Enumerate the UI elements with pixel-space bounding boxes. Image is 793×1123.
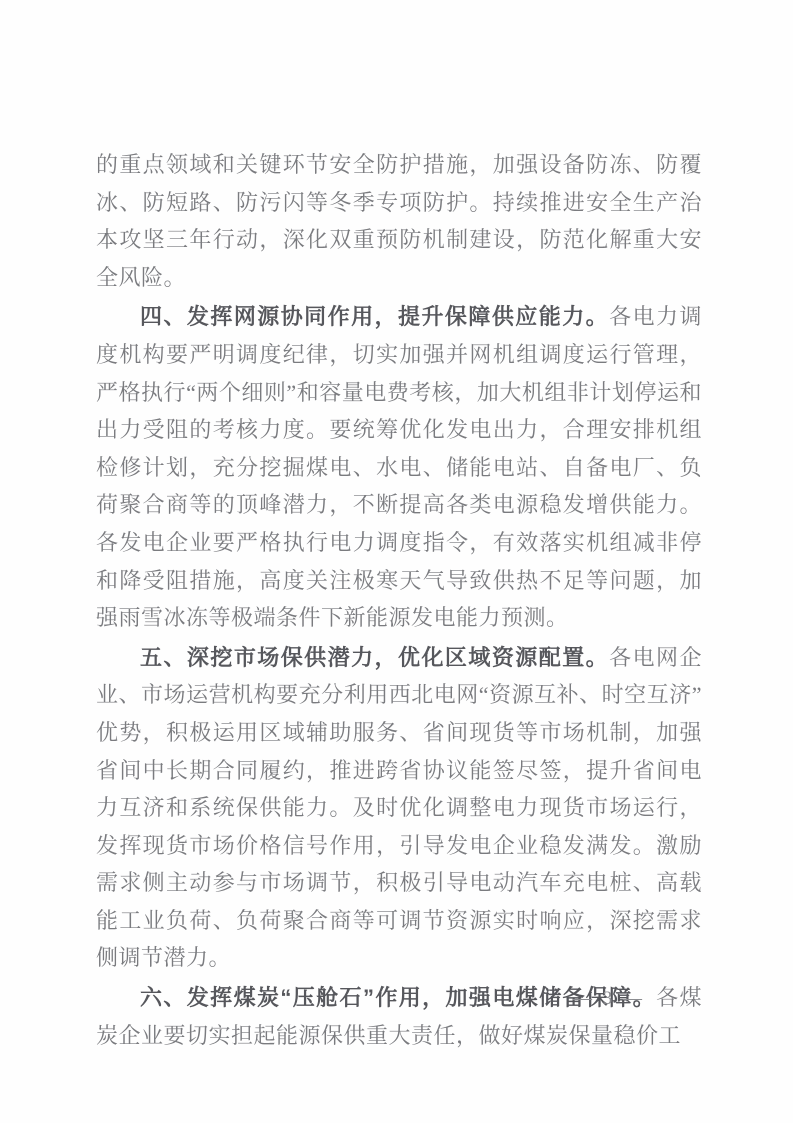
paragraph-text: 各电力调度机构要严明调度纪律，切实加强并网机组调度运行管理，严格执行“两个细则”…: [96, 304, 702, 630]
paragraph-section-4: 四、发挥网源协同作用，提升保障供应能力。各电力调度机构要严明调度纪律，切实加强并…: [96, 298, 702, 636]
page-number: — 3 —: [573, 988, 645, 1010]
paragraph-text: 各电网企业、市场运营机构要充分利用西北电网“资源互补、时空互济”优势，积极运用区…: [96, 645, 702, 971]
paragraph-section-5: 五、深挖市场保供潜力，优化区域资源配置。各电网企业、市场运营机构要充分利用西北电…: [96, 639, 702, 977]
document-body: 的重点领域和关键环节安全防护措施，加强设备防冻、防覆冰、防短路、防污闪等冬季专项…: [96, 146, 702, 1056]
paragraph-continuation: 的重点领域和关键环节安全防护措施，加强设备防冻、防覆冰、防短路、防污闪等冬季专项…: [96, 146, 702, 296]
document-page: 的重点领域和关键环节安全防护措施，加强设备防冻、防覆冰、防短路、防污闪等冬季专项…: [0, 0, 793, 1123]
paragraph-text: 的重点领域和关键环节安全防护措施，加强设备防冻、防覆冰、防短路、防污闪等冬季专项…: [96, 152, 702, 290]
section-heading: 五、深挖市场保供潜力，优化区域资源配置。: [140, 645, 609, 670]
section-heading: 四、发挥网源协同作用，提升保障供应能力。: [140, 304, 609, 329]
